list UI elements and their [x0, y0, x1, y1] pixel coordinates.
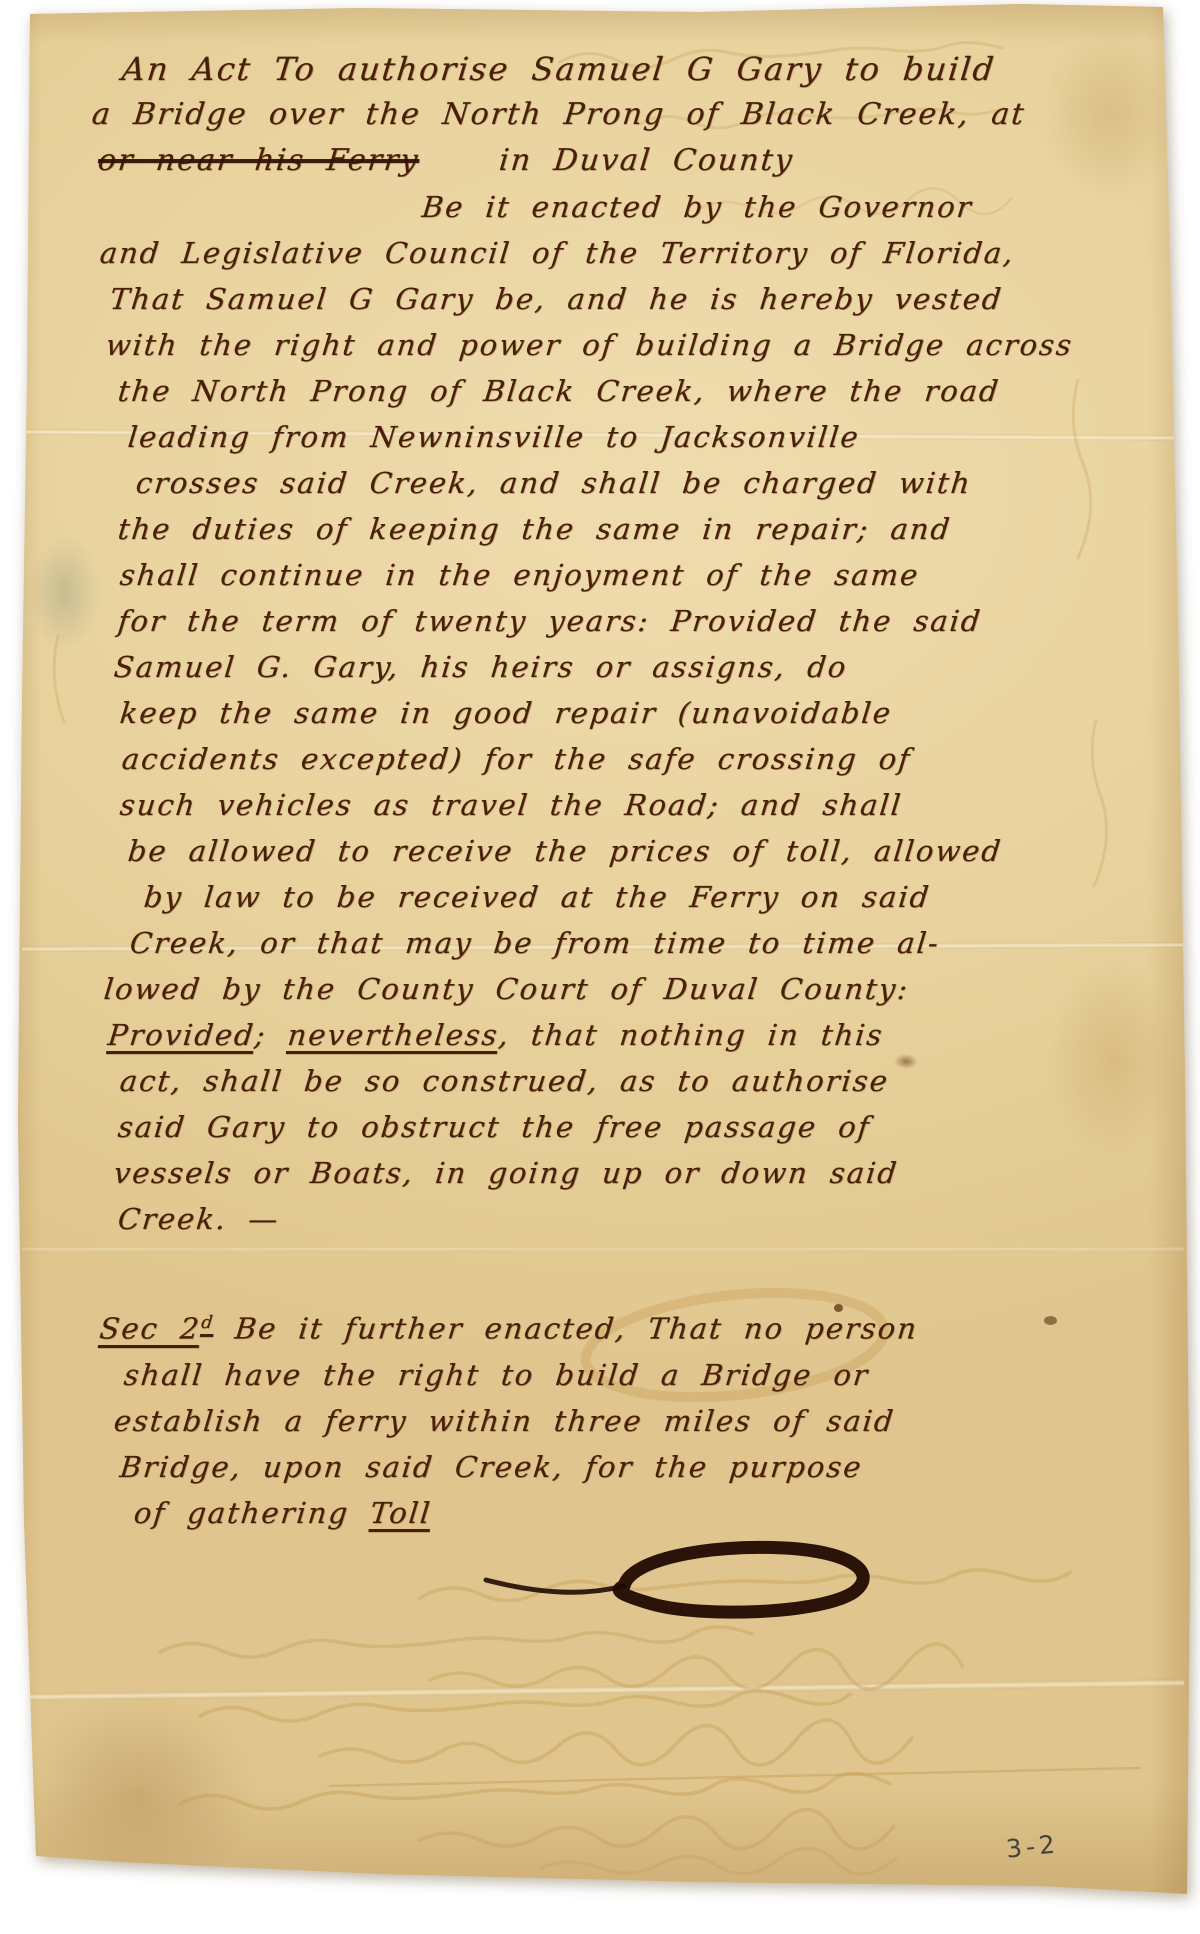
handwritten-text: shall continue in the enjoyment of the s… [118, 558, 921, 592]
handwritten-text: be allowed to receive the prices of toll… [126, 834, 1004, 868]
manuscript-line: crosses said Creek, and shall be charged… [90, 460, 1125, 506]
handwritten-text: Creek, or that may be from time to time … [128, 926, 941, 960]
manuscript-line: lowed by the County Court of Duval Count… [90, 966, 1125, 1012]
struck-text: or near his Ferry [96, 143, 421, 178]
handwritten-text: Be it further enacted, That no person [212, 1312, 920, 1346]
handwritten-text: in Duval County [497, 143, 795, 178]
manuscript-line: An Act To authorise Samuel G Gary to bui… [90, 46, 1125, 92]
manuscript-line: Bridge, upon said Creek, for the purpose [90, 1444, 1125, 1490]
underlined-text: nevertheless [286, 1018, 501, 1052]
handwritten-text: lowed by the County Court of Duval Count… [102, 972, 911, 1006]
handwritten-text: Be it enacted by the Governor [420, 190, 974, 224]
manuscript-line: shall have the right to build a Bridge o… [90, 1352, 1125, 1398]
handwritten-text: , that nothing in this [497, 1018, 885, 1052]
handwritten-text: such vehicles as travel the Road; and sh… [118, 788, 904, 822]
handwritten-text: the duties of keeping the same in repair… [116, 512, 953, 546]
handwritten-text: That Samuel G Gary be, and he is hereby … [108, 282, 1004, 316]
manuscript-line: be allowed to receive the prices of toll… [90, 828, 1125, 874]
manuscript-line: the North Prong of Black Creek, where th… [90, 368, 1125, 414]
handwritten-text: and Legislative Council of the Territory… [98, 236, 1016, 270]
paper-stain [18, 1690, 258, 1900]
manuscript-line: accidents excepted) for the safe crossin… [90, 736, 1125, 782]
handwritten-text: crosses said Creek, and shall be charged… [134, 466, 973, 500]
manuscript-line: Provided; nevertheless, that nothing in … [90, 1012, 1125, 1058]
handwritten-text: with the right and power of building a B… [104, 328, 1075, 362]
paper-surface: An Act To authorise Samuel G Gary to bui… [0, 0, 1200, 1934]
handwritten-text: said Gary to obstruct the free passage o… [116, 1110, 872, 1144]
scanned-page: An Act To authorise Samuel G Gary to bui… [0, 0, 1200, 1934]
handwritten-text: Samuel G. Gary, his heirs or assigns, do [112, 650, 849, 684]
manuscript-line: act, shall be so construed, as to author… [90, 1058, 1125, 1104]
underlined-text: Provided [106, 1018, 256, 1052]
handwriting-gap [418, 169, 498, 170]
handwritten-text: leading from Newninsville to Jacksonvill… [126, 420, 861, 454]
handwritten-text: keep the same in good repair (unavoidabl… [118, 696, 894, 730]
underlined-text: Toll [369, 1496, 434, 1530]
manuscript-line: establish a ferry within three miles of … [90, 1398, 1125, 1444]
manuscript-line: leading from Newninsville to Jacksonvill… [90, 414, 1125, 460]
manuscript-line: of gathering Toll [90, 1490, 1125, 1536]
manuscript-line: for the term of twenty years: Provided t… [90, 598, 1125, 644]
manuscript-line: with the right and power of building a B… [90, 322, 1125, 368]
handwritten-text: establish a ferry within three miles of … [112, 1404, 896, 1438]
handwritten-text: vessels or Boats, in going up or down sa… [112, 1156, 900, 1190]
manuscript-line: or near his Ferryin Duval County [90, 138, 1125, 184]
manuscript-line: Sec 2d Be it further enacted, That no pe… [89, 1300, 1124, 1352]
handwritten-text: a Bridge over the North Prong of Black C… [90, 97, 1027, 132]
manuscript-line: a Bridge over the North Prong of Black C… [90, 92, 1125, 138]
handwritten-text: Creek. — [116, 1202, 281, 1236]
manuscript-line: vessels or Boats, in going up or down sa… [90, 1150, 1125, 1196]
manuscript-line: the duties of keeping the same in repair… [90, 506, 1125, 552]
handwritten-text: by law to be received at the Ferry on sa… [142, 880, 932, 914]
handwritten-text: Bridge, upon said Creek, for the purpose [118, 1450, 864, 1484]
handwritten-text: An Act To authorise Samuel G Gary to bui… [120, 50, 997, 88]
manuscript-line: keep the same in good repair (unavoidabl… [90, 690, 1125, 736]
manuscript-line: by law to be received at the Ferry on sa… [90, 874, 1125, 920]
handwritten-text: for the term of twenty years: Provided t… [116, 604, 983, 638]
pencil-page-marking: 3-2 [1005, 1829, 1061, 1863]
manuscript-line: and Legislative Council of the Territory… [90, 230, 1125, 276]
manuscript-line: That Samuel G Gary be, and he is hereby … [90, 276, 1125, 322]
handwritten-text: of gathering [132, 1496, 372, 1530]
manuscript-line: Creek. — [90, 1196, 1125, 1242]
handwritten-text: act, shall be so construed, as to author… [118, 1064, 891, 1098]
manuscript-line: Creek, or that may be from time to time … [90, 920, 1125, 966]
manuscript-line: such vehicles as travel the Road; and sh… [90, 782, 1125, 828]
handwritten-text: the North Prong of Black Creek, where th… [116, 374, 1001, 408]
handwritten-text: accidents excepted) for the safe crossin… [120, 742, 913, 776]
manuscript-line: shall continue in the enjoyment of the s… [90, 552, 1125, 598]
manuscript-paper: An Act To authorise Samuel G Gary to bui… [0, 0, 1200, 1934]
manuscript-line: said Gary to obstruct the free passage o… [90, 1104, 1125, 1150]
manuscript-line: Be it enacted by the Governor [90, 184, 1125, 230]
handwritten-text: ; [253, 1018, 290, 1052]
handwritten-text: shall have the right to build a Bridge o… [122, 1358, 871, 1392]
manuscript-line: Samuel G. Gary, his heirs or assigns, do [90, 644, 1125, 690]
underlined-text: Sec 2 [98, 1312, 203, 1346]
manuscript-text: An Act To authorise Samuel G Gary to bui… [92, 46, 1122, 1536]
